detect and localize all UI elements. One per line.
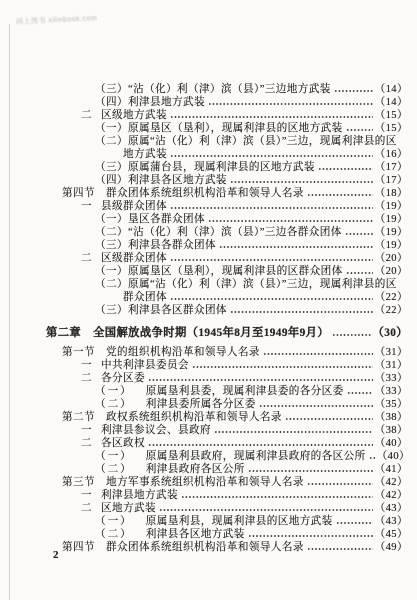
toc-entry-page: （31） bbox=[375, 359, 408, 372]
toc-entry-title: 政权系统组织机构沿革和领导人名录 bbox=[106, 411, 282, 424]
toc-entry-number: （一） bbox=[95, 515, 133, 528]
toc-entry-page: （31） bbox=[375, 346, 408, 359]
dot-leader bbox=[214, 430, 373, 434]
dot-leader bbox=[208, 219, 373, 223]
toc-entry: （二）原属“沾（化）利（津）滨（县）”三边，现属利津县的区 bbox=[0, 278, 417, 291]
dot-leader bbox=[170, 154, 373, 158]
toc-entry-page: （42） bbox=[375, 476, 408, 489]
toc-entry-number: 一 bbox=[81, 359, 92, 372]
toc-entry-page: （41） bbox=[375, 463, 408, 476]
toc-entry-title: 党的组织机构沿革和领导人名录 bbox=[106, 346, 260, 359]
toc-entry-page: （45） bbox=[375, 528, 408, 541]
toc-entry-number: （三） bbox=[95, 304, 128, 317]
dot-leader bbox=[263, 352, 373, 356]
toc-entry-page: （20） bbox=[375, 265, 408, 278]
toc-entry-title: 利津县地方武装 bbox=[128, 96, 205, 109]
dot-leader bbox=[248, 534, 373, 538]
dot-leader bbox=[334, 89, 373, 93]
toc-entry-page: （18） bbox=[375, 187, 408, 200]
toc-entry: （二）利津县政府各区公所（41） bbox=[0, 463, 417, 476]
toc-entry-title: 利津县各群众团体 bbox=[128, 239, 216, 252]
toc-entry-page: （15） bbox=[375, 122, 408, 135]
toc-entry-number: 一 bbox=[81, 489, 92, 502]
toc-entry-number: 一 bbox=[81, 200, 92, 213]
toc-entry: （三）“沾（化）利（津）滨（县）”三边地方武装（14） bbox=[0, 83, 417, 96]
toc-entry-number: 二 bbox=[81, 502, 92, 515]
toc-entry: 群众团体（22） bbox=[0, 291, 417, 304]
toc-entry-title: 原属“沾（化）利（津）滨（县）”三边，现属利津县的区 bbox=[128, 135, 397, 148]
toc-entry-number: （一） bbox=[95, 122, 128, 135]
dot-leader bbox=[230, 180, 373, 184]
toc-entry: （四）利津县地方武装（14） bbox=[0, 96, 417, 109]
dot-leader bbox=[285, 417, 373, 421]
toc-entry-number: （四） bbox=[95, 96, 128, 109]
toc-entry-page: （14） bbox=[375, 83, 408, 96]
dot-leader bbox=[181, 495, 373, 499]
page-number-folio: 2 bbox=[53, 549, 59, 561]
toc-entry-number: （一） bbox=[95, 265, 128, 278]
toc-entry-title: 区级群众团体 bbox=[101, 252, 167, 265]
toc-entry-title: 地方武装 bbox=[123, 148, 167, 161]
toc-entry-number: （三） bbox=[95, 239, 128, 252]
toc-entry-page: （20） bbox=[375, 252, 408, 265]
dot-leader bbox=[159, 508, 373, 512]
toc-entry: 二区地方武装（43） bbox=[0, 502, 417, 515]
toc-entry-title: 群众团体系统组织机构沿革和领导人名录 bbox=[106, 541, 304, 554]
dot-leader bbox=[346, 271, 373, 275]
toc-entry-title: 利津县各区群众团体 bbox=[128, 304, 227, 317]
dot-leader bbox=[192, 365, 373, 369]
toc-entry-title: 群众团体系统组织机构沿革和领导人名录 bbox=[106, 187, 304, 200]
toc-entry-title: 群众团体 bbox=[123, 291, 167, 304]
toc-entry-page: （35） bbox=[375, 398, 408, 411]
dot-leader bbox=[208, 102, 373, 106]
toc-entry-number: （一） bbox=[95, 385, 133, 398]
dot-leader bbox=[307, 193, 373, 197]
toc-entry-number: （二） bbox=[95, 226, 128, 239]
toc-entry: （四）利津县各区地方武装（17） bbox=[0, 174, 417, 187]
toc-entry-number: 二 bbox=[81, 372, 92, 385]
toc-entry-page: （19） bbox=[375, 213, 408, 226]
toc-entry: 二各分区委（33） bbox=[0, 372, 417, 385]
toc-entry-title: 区级地方武装 bbox=[101, 109, 167, 122]
toc-entry-title: 原属垦区（垦利），现属利津县的区地方武装 bbox=[128, 122, 343, 135]
toc-entry-title: 利津县委所属各分区委 bbox=[146, 398, 256, 411]
toc-entry: （一）原属垦利县委，现属利津县委的各分区委（33） bbox=[0, 385, 417, 398]
toc-entry-title: “沾（化）利（津）滨（县）”三边地方武装 bbox=[128, 83, 331, 96]
dot-leader bbox=[318, 167, 373, 171]
toc-entry: 第三节地方军事系统组织机构沿革和领导人名录（42） bbox=[0, 476, 417, 489]
dot-leader bbox=[307, 482, 373, 486]
toc-entry-page: （38） bbox=[375, 411, 408, 424]
toc-entry: （一）原属垦区（垦利），现属利津县的区地方武装（15） bbox=[0, 122, 417, 135]
dot-leader bbox=[259, 404, 373, 408]
toc-entry-page: （17） bbox=[375, 174, 408, 187]
toc-entry-number: 第四节 bbox=[62, 541, 95, 554]
toc-entry-title: 原属垦利县政府，现属利津县政府的各区公所 bbox=[146, 450, 366, 463]
toc-entry-page: （19） bbox=[375, 226, 408, 239]
toc-entry-page: （14） bbox=[375, 96, 408, 109]
toc-entry-page: （30） bbox=[373, 327, 409, 340]
toc-entry-number: 第二章 bbox=[46, 327, 81, 340]
toc-entry-title: 利津县各区地方武装 bbox=[128, 174, 227, 187]
toc-entry-title: 利津县参议会、县政府 bbox=[101, 424, 211, 437]
toc-entry-number: （三） bbox=[95, 83, 128, 96]
dot-leader bbox=[307, 547, 373, 551]
toc-entry-page: （43） bbox=[375, 515, 408, 528]
toc-entry-page: （43） bbox=[375, 502, 408, 515]
dot-leader bbox=[346, 128, 373, 132]
toc-entry-title: 各区政权 bbox=[101, 437, 145, 450]
toc-entry-title: 原属“沾（化）利（津）滨（县）”三边，现属利津县的区 bbox=[128, 278, 397, 291]
toc-entry: 地方武装（16） bbox=[0, 148, 417, 161]
toc-entry-number: 第二节 bbox=[62, 411, 95, 424]
toc-entry-title: 原属垦利县委，现属利津县委的各分区委 bbox=[146, 385, 344, 398]
dot-leader bbox=[148, 378, 373, 382]
toc-entry-number: （三） bbox=[95, 161, 128, 174]
toc-entry-number: 二 bbox=[81, 437, 92, 450]
toc-entry-page: （19） bbox=[375, 239, 408, 252]
toc-entry: （一）原属垦利县，现属利津县的区地方武装（43） bbox=[0, 515, 417, 528]
dot-leader bbox=[248, 469, 373, 473]
dot-leader bbox=[369, 456, 375, 460]
dot-leader bbox=[170, 115, 373, 119]
toc-entry: 第四节群众团体系统组织机构沿革和领导人名录（18） bbox=[0, 187, 417, 200]
dot-leader bbox=[345, 232, 373, 236]
toc-entry: 第四节群众团体系统组织机构沿革和领导人名录（49） bbox=[0, 541, 417, 554]
toc-entry: （三）原属蒲台县，现属利津县的区地方武装（17） bbox=[0, 161, 417, 174]
toc-entry: （二）“沾（化）利（津）滨（县）”三边各群众团体（19） bbox=[0, 226, 417, 239]
toc-entry-title: 区地方武装 bbox=[101, 502, 156, 515]
toc-entry: （二）利津县委所属各分区委（35） bbox=[0, 398, 417, 411]
toc-entry-number: 第三节 bbox=[62, 476, 95, 489]
toc-entry-page: （40） bbox=[375, 437, 408, 450]
toc-entry: （二）原属“沾（化）利（津）滨（县）”三边，现属利津县的区 bbox=[0, 135, 417, 148]
toc-entry: 一县级群众团体（19） bbox=[0, 200, 417, 213]
toc-entry: 一中共利津县委员会（31） bbox=[0, 359, 417, 372]
toc-entry-number: （二） bbox=[95, 278, 128, 291]
toc-entry: （一）垦区各群众团体（19） bbox=[0, 213, 417, 226]
toc-entry-number: 二 bbox=[81, 109, 92, 122]
toc-entry: （三）利津县各群众团体（19） bbox=[0, 239, 417, 252]
toc-entry: 一利津县参议会、县政府（38） bbox=[0, 424, 417, 437]
toc-entry-title: 利津县政府各区公所 bbox=[146, 463, 245, 476]
toc-entry-number: 一 bbox=[81, 424, 92, 437]
toc-entry: 二区级群众团体（20） bbox=[0, 252, 417, 265]
dot-leader bbox=[347, 391, 373, 395]
dot-leader bbox=[230, 310, 373, 314]
toc-entry-title: 全国解放战争时期（1945年8月至1949年9月） bbox=[93, 327, 329, 340]
dot-leader bbox=[170, 206, 373, 210]
toc-entry-page: （16） bbox=[375, 148, 408, 161]
toc-entry-page: （33） bbox=[375, 385, 408, 398]
toc-entry-title: 原属垦区（垦利），现属利津县的区群众团体 bbox=[128, 265, 343, 278]
toc-entry-page: （38） bbox=[375, 424, 408, 437]
toc-entry-page: （40） bbox=[377, 450, 410, 463]
toc-entry-number: （一） bbox=[95, 213, 128, 226]
toc-entry-number: （二） bbox=[95, 463, 133, 476]
toc-entry-number: 二 bbox=[81, 252, 92, 265]
toc-entry-page: （19） bbox=[375, 200, 408, 213]
toc-entry-page: （42） bbox=[375, 489, 408, 502]
toc-entry-number: （二） bbox=[95, 135, 128, 148]
toc-entry-title: 利津县地方武装 bbox=[101, 489, 178, 502]
dot-leader bbox=[219, 245, 373, 249]
toc-entry-title: 中共利津县委员会 bbox=[101, 359, 189, 372]
toc-entry-page: （33） bbox=[375, 372, 408, 385]
toc-entry-title: 县级群众团体 bbox=[101, 200, 167, 213]
toc-entry-title: 利津县各区地方武装 bbox=[146, 528, 245, 541]
watermark: 网上图书 xilinbook.com bbox=[16, 13, 98, 27]
toc-entry: 第二节政权系统组织机构沿革和领导人名录（38） bbox=[0, 411, 417, 424]
toc-entry-page: （22） bbox=[375, 304, 408, 317]
toc-entry-title: 垦区各群众团体 bbox=[128, 213, 205, 226]
toc-entry: （一）原属垦区（垦利），现属利津县的区群众团体（20） bbox=[0, 265, 417, 278]
dot-leader bbox=[332, 333, 370, 337]
toc-entry-number: （二） bbox=[95, 398, 133, 411]
toc-entry-number: （四） bbox=[95, 174, 128, 187]
toc-entry: （二）利津县各区地方武装（45） bbox=[0, 528, 417, 541]
toc-entry: 二区级地方武装（15） bbox=[0, 109, 417, 122]
toc-entry-page: （17） bbox=[375, 161, 408, 174]
toc-entry-number: 第一节 bbox=[62, 346, 95, 359]
toc-entry-page: （22） bbox=[375, 291, 408, 304]
toc-entry: 第一节党的组织机构沿革和领导人名录（31） bbox=[0, 346, 417, 359]
dot-leader bbox=[170, 297, 373, 301]
toc-entry: 二各区政权（40） bbox=[0, 437, 417, 450]
toc-entry: （三）利津县各区群众团体（22） bbox=[0, 304, 417, 317]
toc-entry-title: 原属垦利县，现属利津县的区地方武装 bbox=[146, 515, 333, 528]
toc-entry-title: 各分区委 bbox=[101, 372, 145, 385]
toc-entry: 第二章全国解放战争时期（1945年8月至1949年9月）（30） bbox=[0, 327, 417, 340]
table-of-contents: （三）“沾（化）利（津）滨（县）”三边地方武装（14）（四）利津县地方武装（14… bbox=[0, 83, 417, 554]
toc-entry: 一利津县地方武装（42） bbox=[0, 489, 417, 502]
toc-entry: （一）原属垦利县政府，现属利津县政府的各区公所（40） bbox=[0, 450, 417, 463]
toc-entry-title: “沾（化）利（津）滨（县）”三边各群众团体 bbox=[128, 226, 342, 239]
toc-entry-title: 地方军事系统组织机构沿革和领导人名录 bbox=[106, 476, 304, 489]
toc-entry-page: （49） bbox=[375, 541, 408, 554]
dot-leader bbox=[170, 258, 373, 262]
toc-entry-page: （15） bbox=[375, 109, 408, 122]
toc-entry-number: 第四节 bbox=[62, 187, 95, 200]
toc-entry-number: （一） bbox=[95, 450, 133, 463]
dot-leader bbox=[336, 521, 373, 525]
dot-leader bbox=[148, 443, 373, 447]
toc-entry-number: （二） bbox=[95, 528, 133, 541]
toc-entry-title: 原属蒲台县，现属利津县的区地方武装 bbox=[128, 161, 315, 174]
